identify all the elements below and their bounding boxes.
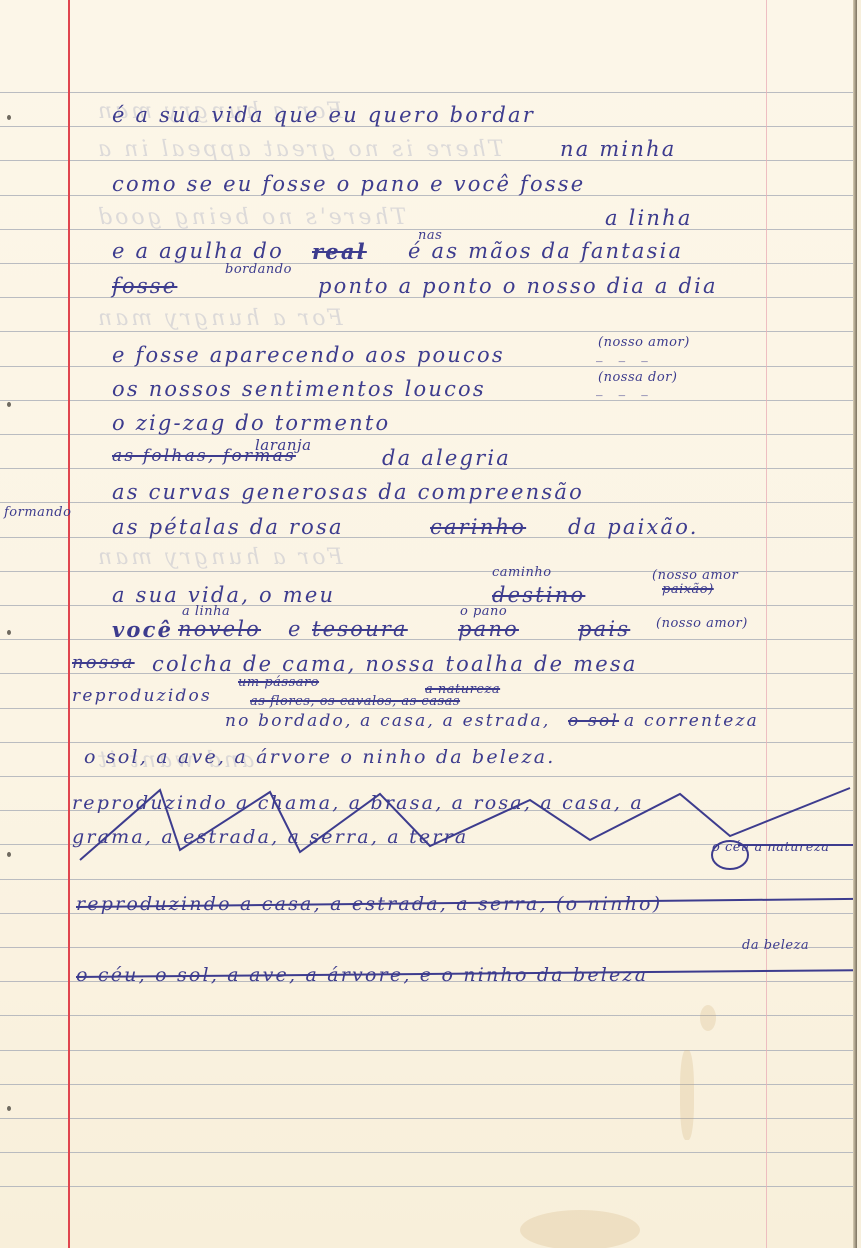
text-line: como se eu fosse o pano e você fosse — [112, 172, 585, 196]
ruled-line — [0, 1118, 857, 1119]
inserted-word: bordando — [225, 262, 292, 277]
text-line: o sol, a ave, a árvore o ninho da beleza… — [84, 746, 555, 768]
aside-note: da beleza — [742, 938, 809, 953]
crossed-word: tesoura — [312, 617, 408, 641]
scribble-out-mark — [708, 833, 858, 873]
water-stain — [680, 1050, 694, 1140]
ruled-line — [0, 879, 857, 880]
right-margin-line — [766, 0, 767, 1248]
text-line: na minha — [560, 137, 677, 161]
text-line: os nossos sentimentos loucos — [112, 377, 486, 401]
ruled-line — [0, 1152, 857, 1153]
bleed-through-text: There is no great appeal in a — [95, 137, 503, 162]
aside-note: paixão) — [662, 582, 714, 597]
text-line: é as mãos da fantasia — [408, 239, 683, 263]
bleed-through-text: For a hungry man — [95, 306, 343, 331]
ruled-line — [0, 1186, 857, 1187]
ruled-line — [0, 263, 857, 264]
crossed-word: fosse — [112, 274, 177, 298]
bleed-through-text: There's no being good — [95, 205, 406, 230]
text-line: e a agulha do — [112, 239, 284, 263]
text-line: no bordado, a casa, a estrada, — [225, 711, 550, 731]
text-line: reproduzidos — [72, 686, 212, 706]
aside-note: (nosso amor — [652, 568, 738, 583]
inserted-word: o pano — [460, 604, 507, 619]
text-line: colcha de cama, nossa toalha de mesa — [152, 652, 638, 676]
crossed-word: carinho — [430, 515, 526, 539]
ruled-line — [0, 1050, 857, 1051]
crossed-word: nossa — [72, 652, 135, 673]
text-line: é a sua vida que eu quero bordar — [112, 103, 535, 127]
crossed-word: novelo — [178, 617, 261, 641]
crossed-word: o sol — [568, 711, 619, 731]
water-stain — [700, 1005, 716, 1031]
ruled-line — [0, 331, 857, 332]
crossed-word: as flores, os cavalos, as casas — [250, 694, 460, 709]
notebook-page: For a hungry man There is no great appea… — [0, 0, 857, 1248]
inserted-word: laranja — [255, 436, 312, 454]
text-line: e fosse aparecendo aos poucos — [112, 343, 505, 367]
inserted-word: a linha — [182, 604, 230, 619]
text-line: as pétalas da rosa — [112, 515, 344, 539]
punch-hole-mark — [7, 630, 11, 635]
punch-hole-mark — [7, 402, 11, 407]
text-line: o zig-zag do tormento — [112, 411, 390, 435]
aside-note: (nosso amor) — [656, 616, 748, 631]
text-line: a linha — [605, 206, 693, 230]
crossed-word: pano — [458, 617, 519, 641]
crossed-word: um pássaro — [238, 675, 319, 690]
ruled-line — [0, 947, 857, 948]
bleed-through-text: For a hungry man — [95, 545, 343, 570]
text-line: ponto a ponto o nosso dia a dia — [318, 274, 718, 298]
crossed-word: pais — [578, 617, 630, 641]
water-stain — [520, 1210, 640, 1248]
blank-dashes: _ _ _ — [596, 348, 654, 363]
left-margin-line — [68, 0, 70, 1248]
blank-dashes: _ _ _ — [596, 382, 654, 397]
text-line: você — [112, 617, 173, 642]
text-line: a correnteza — [624, 711, 759, 731]
punch-hole-mark — [7, 1106, 11, 1111]
ruled-line — [0, 776, 857, 777]
crossed-word: real — [312, 239, 367, 264]
inserted-word: caminho — [492, 565, 552, 580]
punch-hole-mark — [7, 115, 11, 120]
ruled-line — [0, 1015, 857, 1016]
ruled-line — [0, 1084, 857, 1085]
text-line: da alegria — [382, 446, 511, 470]
text-line: da paixão. — [568, 515, 699, 539]
text-line: e — [288, 617, 303, 641]
ruled-line — [0, 742, 857, 743]
ruled-line — [0, 92, 857, 93]
page-edge-shadow — [853, 0, 857, 1248]
text-line: as curvas generosas da compreensão — [112, 480, 584, 504]
margin-note: formando — [4, 505, 71, 520]
punch-hole-mark — [7, 852, 11, 857]
